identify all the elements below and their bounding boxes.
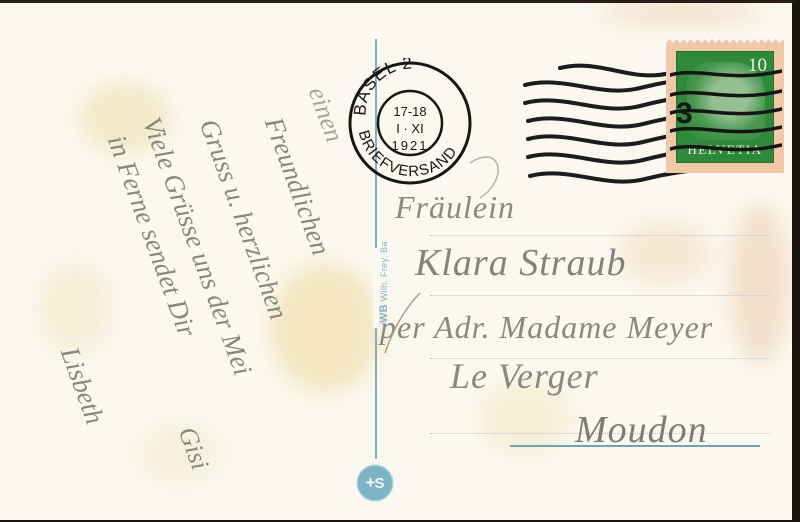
- address-line-street: Le Verger: [450, 355, 599, 397]
- address-line-guide: [430, 295, 770, 296]
- stamp-cancel-marks: 3: [670, 45, 782, 171]
- address-line-salutation: Fräulein: [395, 189, 515, 226]
- message-closing: Gisi: [172, 423, 215, 474]
- postage-stamp-design: 10 HELVETIA 3: [670, 45, 782, 171]
- age-stain: [730, 203, 790, 363]
- publisher-name: Wilh. Frey, Ba: [379, 241, 389, 301]
- address-line-city: Moudon: [575, 408, 708, 452]
- postcard: WB Wilh. Frey, Ba + S 10 HELV: [0, 0, 796, 520]
- age-stain: [620, 223, 710, 283]
- message-signature: Lisbeth: [54, 343, 110, 428]
- svg-text:1921: 1921: [392, 138, 429, 153]
- address-line-name: Klara Straub: [415, 241, 627, 285]
- svg-text:3: 3: [676, 97, 693, 130]
- logo-letter: S: [374, 475, 384, 492]
- address-line-guide: [430, 235, 770, 236]
- address-line-care-of: per Adr. Madame Meyer: [380, 309, 713, 346]
- svg-text:17-18: 17-18: [393, 104, 426, 119]
- publisher-logo: + S: [358, 466, 392, 500]
- postmark: BASEL 2 BRIEFVERSAND 17-18 I · XI 1921: [338, 58, 483, 188]
- svg-text:I · XI: I · XI: [396, 121, 423, 136]
- age-stain: [600, 3, 760, 23]
- age-stain: [270, 263, 380, 393]
- age-stain: [40, 263, 110, 353]
